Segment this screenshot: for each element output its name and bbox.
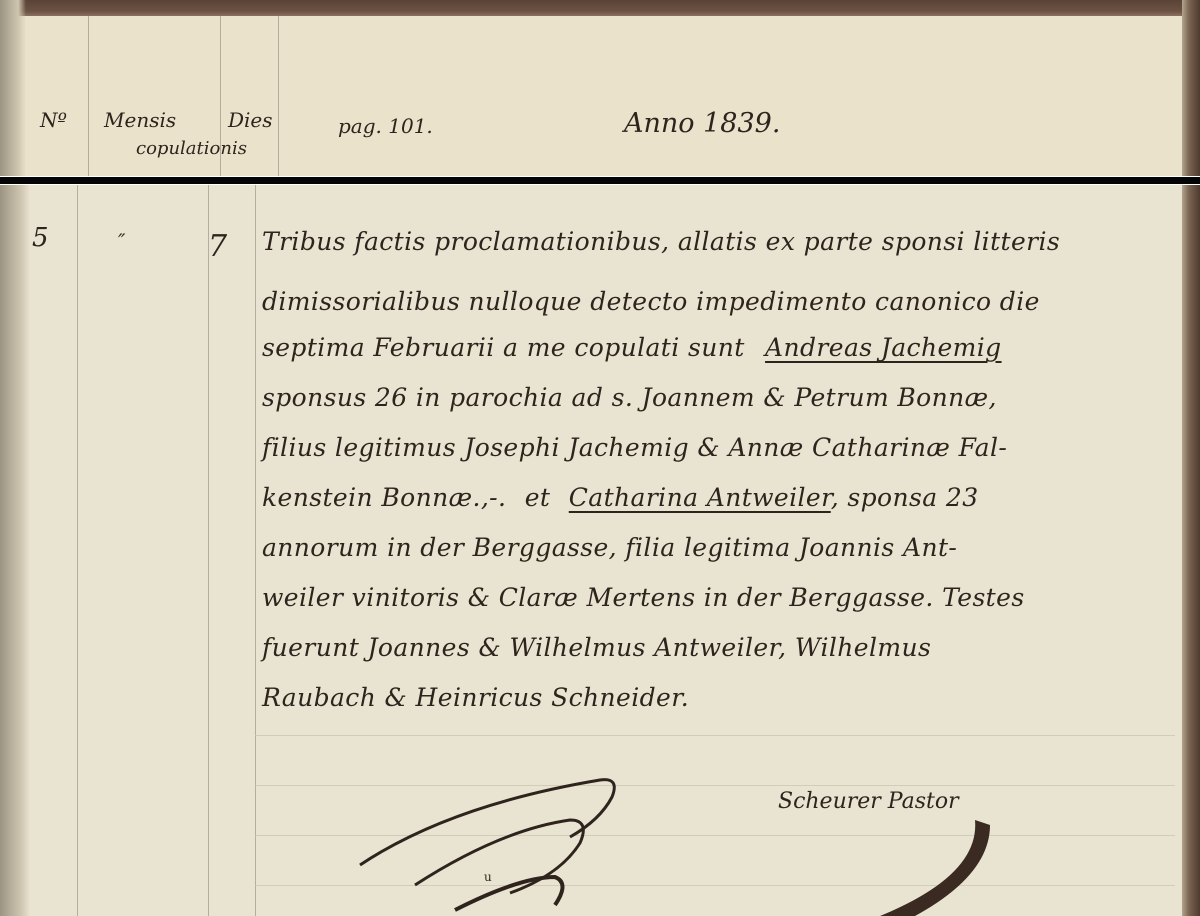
column-rule xyxy=(88,16,89,176)
bride-suffix: , sponsa 23 xyxy=(831,483,979,512)
entry-line-3-text: septima Februarii a me copulati sunt xyxy=(262,333,745,362)
page-reference: pag. 101. xyxy=(338,114,433,138)
entry-line-4: sponsus 26 in parochia ad s. Joannem & P… xyxy=(262,383,997,412)
register-entry-panel: 5 ″ 7 Tribus factis proclamationibus, al… xyxy=(0,185,1200,916)
entry-line-1: Tribus factis proclamationibus, allatis … xyxy=(262,227,1060,256)
book-spine-edge xyxy=(1182,0,1200,176)
year-heading: Anno 1839. xyxy=(624,108,780,139)
column-rule xyxy=(255,185,256,916)
entry-line-6: kenstein Bonnæ.,-. et Catharina Antweile… xyxy=(262,483,979,512)
entry-line-8: weiler vinitoris & Claræ Mertens in der … xyxy=(262,583,1025,612)
bride-name: Catharina Antweiler xyxy=(569,483,831,512)
entry-line-5: filius legitimus Josephi Jachemig & Annæ… xyxy=(262,433,1007,462)
column-rule xyxy=(278,16,279,176)
groom-name: Andreas Jachemig xyxy=(765,333,1002,362)
column-header-day: Dies xyxy=(228,108,273,132)
book-top-edge xyxy=(0,0,1200,16)
column-rule xyxy=(208,185,209,916)
page-gutter-shadow xyxy=(0,0,26,176)
bride-prefix: et xyxy=(525,483,551,512)
entry-number: 5 xyxy=(32,223,49,253)
entry-line-6-text: kenstein Bonnæ.,-. xyxy=(262,483,506,512)
column-header-copulationis: copulationis xyxy=(136,138,247,159)
book-spine-edge xyxy=(1182,185,1200,916)
register-header-panel: Nº Mensis Dies copulationis pag. 101. An… xyxy=(0,0,1200,176)
entry-line-9: fuerunt Joannes & Wilhelmus Antweiler, W… xyxy=(262,633,931,662)
column-header-month: Mensis xyxy=(104,108,176,132)
small-mark: u xyxy=(484,870,492,884)
entry-month-ditto: ″ xyxy=(118,229,126,253)
column-rule xyxy=(77,185,78,916)
entry-line-7: annorum in der Berggasse, filia legitima… xyxy=(262,533,957,562)
entry-day: 7 xyxy=(208,229,228,264)
entry-line-2: dimissorialibus nulloque detecto impedim… xyxy=(262,287,1040,316)
entry-line-10: Raubach & Heinricus Schneider. xyxy=(262,683,689,712)
image-splice-divider xyxy=(0,176,1200,185)
ruled-line xyxy=(255,735,1175,736)
page-gutter-shadow xyxy=(0,185,30,916)
column-header-number: Nº xyxy=(40,108,67,132)
entry-line-3: septima Februarii a me copulati sunt And… xyxy=(262,333,1002,362)
signature-flourish-icon xyxy=(330,765,1050,916)
